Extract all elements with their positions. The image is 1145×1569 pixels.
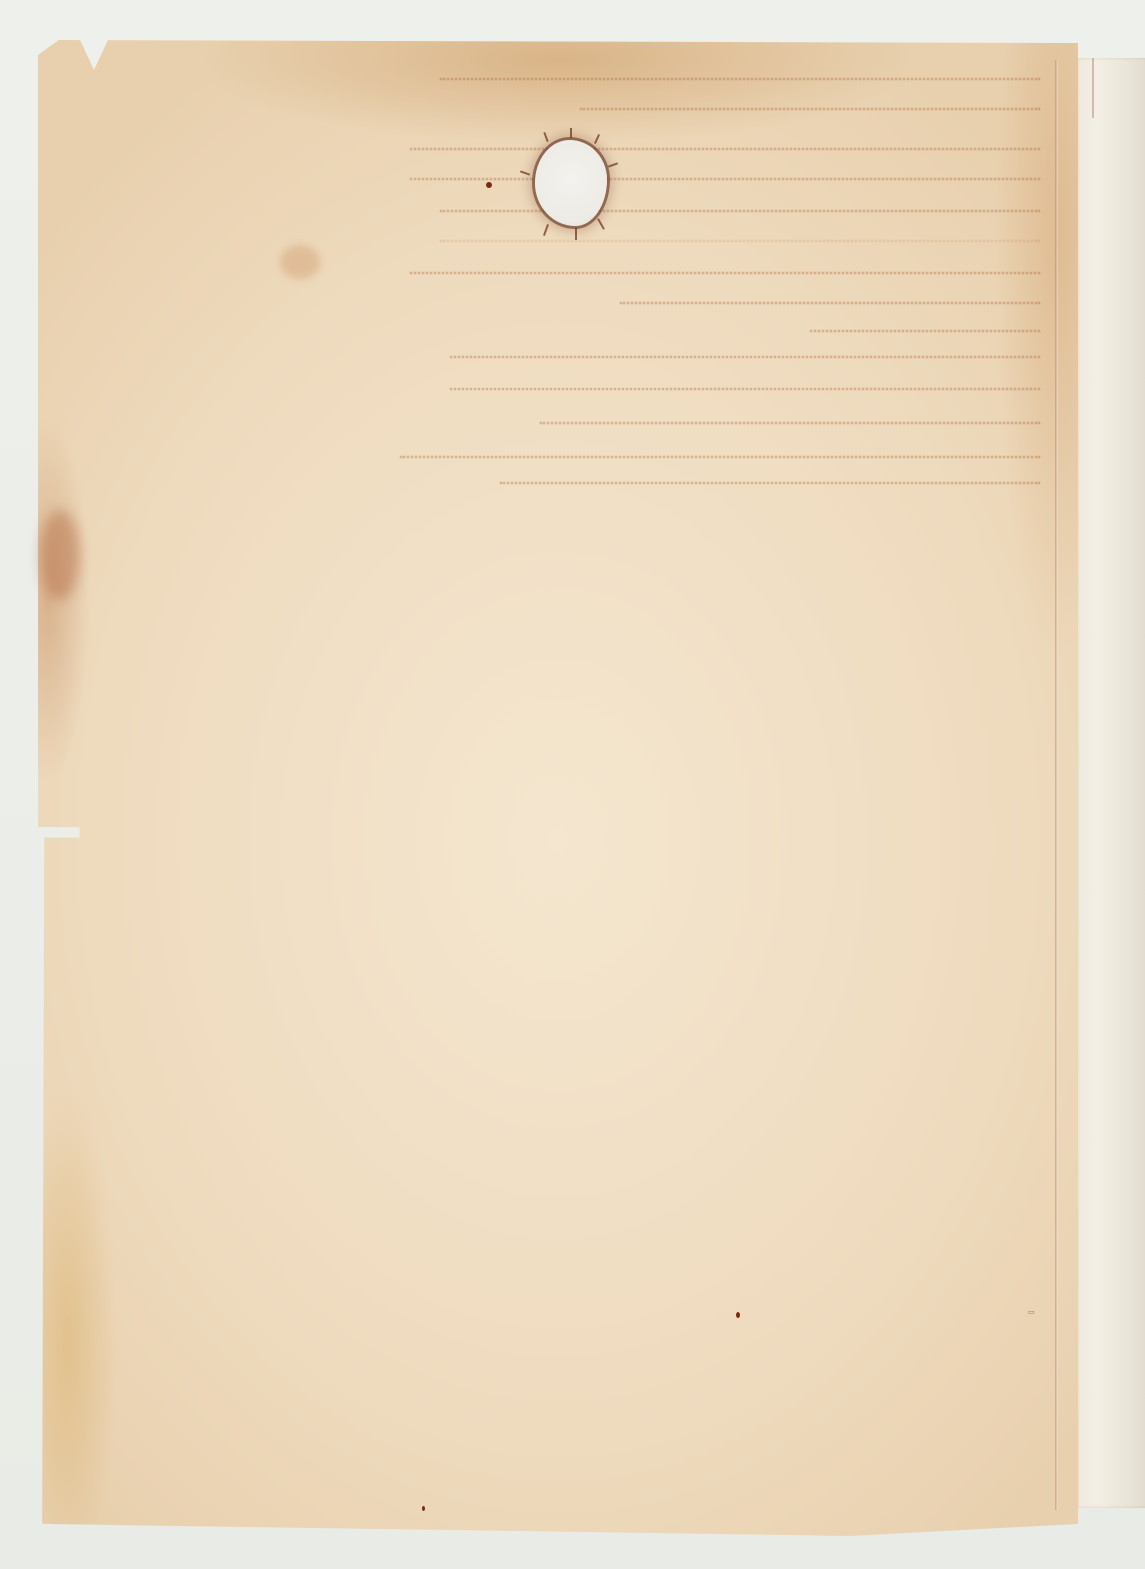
script-line [440,240,1040,245]
script-line [440,210,1040,215]
script-line [400,456,1040,461]
script-line [450,388,1040,393]
corner-tear [80,40,108,70]
ink-spot [422,1506,425,1511]
script-line [450,356,1040,361]
burn-mark [570,128,572,138]
script-line [620,302,1040,307]
manuscript-sheet [38,40,1078,1545]
water-stain [40,510,80,600]
script-line [580,108,1040,113]
burn-mark [575,228,577,240]
sheet-fold-line [1055,60,1058,1510]
tissue-crease [1092,58,1094,118]
script-line [810,330,1040,335]
burn-hole [535,140,607,226]
tissue-guard-strip [1075,58,1145,1508]
script-line [410,272,1040,277]
script-line [410,178,1040,183]
ink-spot [736,1312,740,1318]
script-line [410,148,1040,153]
script-line [440,78,1040,83]
script-line [500,482,1040,487]
foxing-stain [280,245,320,279]
pencil-mark: ▭ [1028,1308,1035,1316]
script-line [540,422,1040,427]
ink-spot [486,182,492,188]
